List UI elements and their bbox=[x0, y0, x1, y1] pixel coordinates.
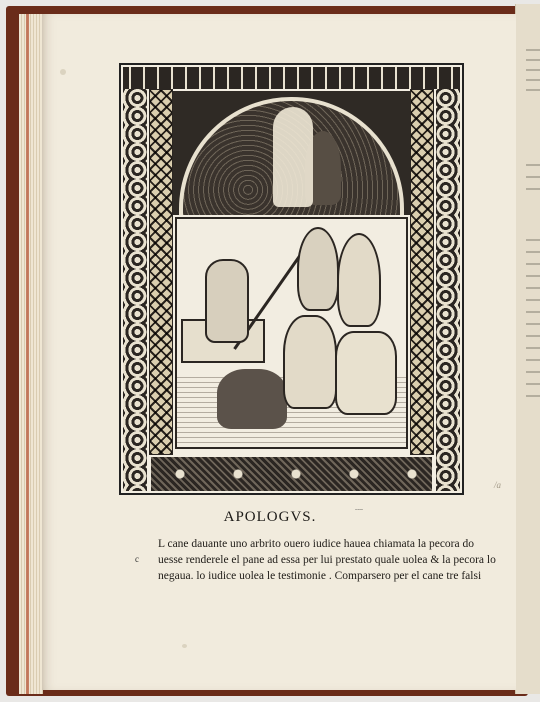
woodcut-illustration bbox=[119, 63, 464, 495]
facing-page-edge bbox=[515, 4, 540, 694]
frame-left-border bbox=[123, 89, 147, 491]
eagle-bird bbox=[337, 233, 381, 327]
pencil-annotation: /a bbox=[494, 480, 501, 490]
red-page-edge bbox=[26, 14, 29, 694]
frame-bottom-border bbox=[151, 457, 432, 491]
frame-right-pillar bbox=[410, 89, 434, 455]
frame-top-border bbox=[123, 67, 460, 89]
text-line: negaua. lo iudice uolea le testimonie . … bbox=[158, 568, 498, 584]
signature-mark: c bbox=[135, 554, 139, 564]
text-line: uesse renderele el pane ad essa per lui … bbox=[158, 552, 498, 568]
frame-left-pillar bbox=[149, 89, 173, 455]
kite-bird bbox=[297, 227, 339, 311]
ape-judge bbox=[205, 259, 249, 343]
wolf bbox=[283, 315, 337, 409]
frame-right-border bbox=[436, 89, 460, 491]
dog bbox=[335, 331, 397, 415]
fable-text: L cane dauante uno arbrito ouero iudice … bbox=[158, 536, 498, 584]
fable-scene bbox=[175, 217, 408, 449]
arched-tympanum bbox=[173, 91, 410, 215]
text-line: L cane dauante uno arbrito ouero iudice … bbox=[158, 536, 498, 552]
sheep bbox=[217, 369, 287, 429]
page-stack-edge bbox=[19, 14, 43, 694]
fable-title: APOLOGVS. bbox=[0, 509, 540, 526]
printer-mark: ~~~ bbox=[355, 508, 363, 513]
